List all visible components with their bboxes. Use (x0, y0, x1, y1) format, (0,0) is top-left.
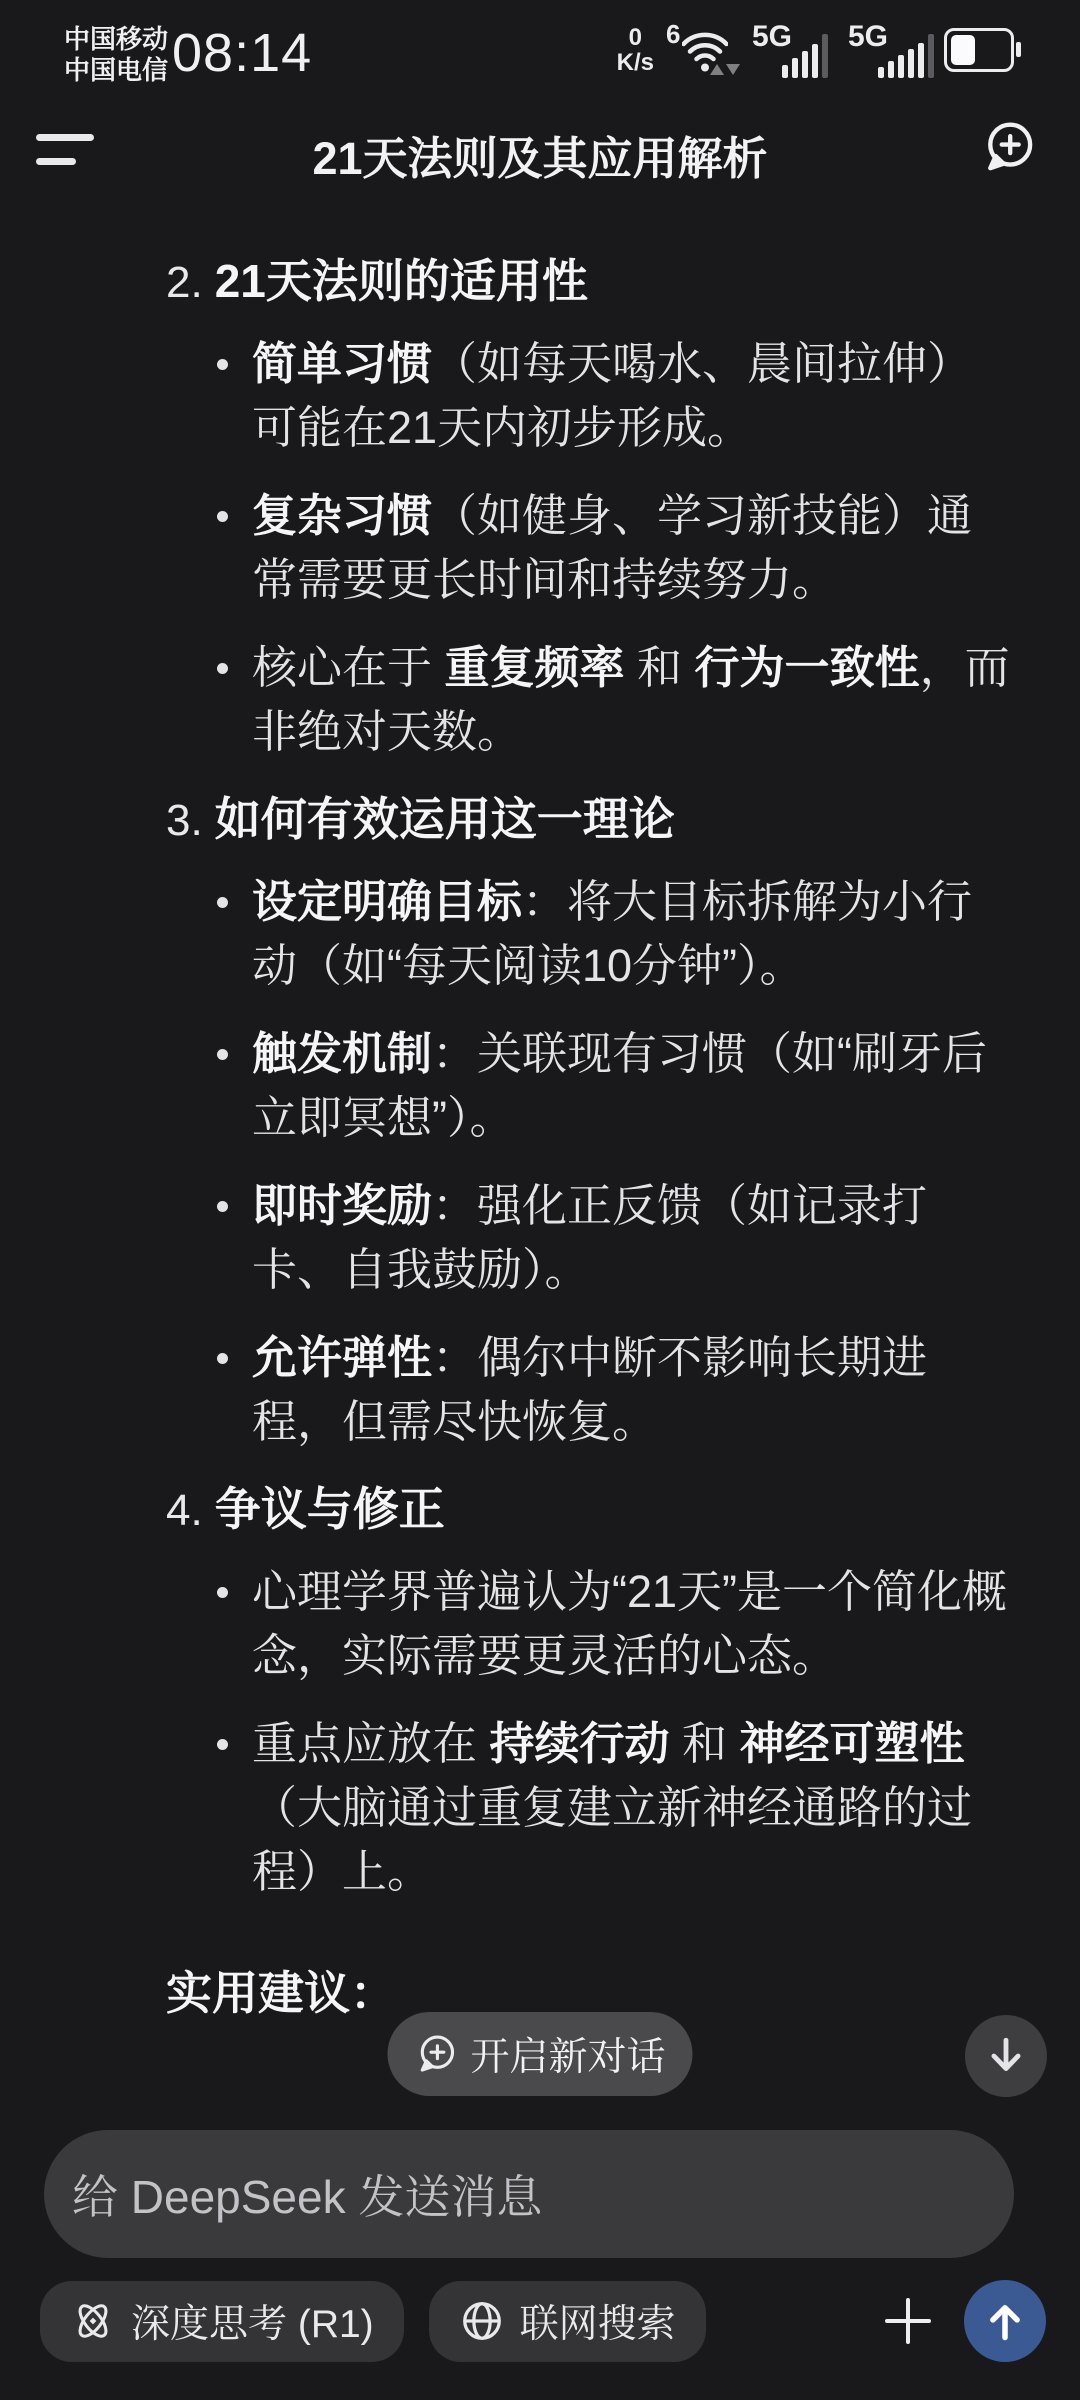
section-heading: 4.争议与修正 (166, 1478, 1020, 1542)
deepthink-label: 深度思考 (R1) (131, 2293, 374, 2349)
page-title: 21天法则及其应用解析 (0, 122, 1080, 187)
signal-bars-icon-2: 5G (848, 20, 928, 80)
message-input[interactable]: 给 DeepSeek 发送消息 (44, 2130, 1014, 2258)
atom-icon (70, 2298, 116, 2344)
plus-icon (881, 2294, 935, 2348)
start-new-chat-button[interactable]: 开启新对话 (387, 2012, 692, 2096)
wifi-generation-label: 6 (666, 19, 680, 50)
bullet-item: 简单习惯（如每天喝水、晨间拉伸）可能在21天内初步形成。 (205, 332, 1030, 460)
bullet-item: 核心在于 重复频率 和 行为一致性，而非绝对天数。 (205, 636, 1030, 764)
status-time: 08:14 (172, 22, 312, 84)
bullet-dot (205, 870, 252, 998)
carrier-line-1: 中国移动 (64, 24, 168, 55)
bullet-item: 心理学界普遍认为“21天”是一个简化概念，实际需要更灵活的心态。 (205, 1560, 1030, 1688)
chat-bubble-plus-icon (414, 2032, 458, 2076)
bullet-item: 允许弹性：偶尔中断不影响长期进程，但需尽快恢复。 (205, 1326, 1030, 1454)
bullet-item: 即时奖励：强化正反馈（如记录打卡、自我鼓励）。 (205, 1174, 1030, 1302)
status-indicators: 0 K/s 6 5G 5G (617, 16, 1014, 84)
menu-icon (36, 134, 106, 165)
network-speed: 0 K/s (617, 25, 654, 75)
bullet-dot (205, 1326, 252, 1454)
bullet-text: 核心在于 重复频率 和 行为一致性，而非绝对天数。 (252, 636, 1012, 764)
section-number: 2. (166, 258, 203, 307)
network-speed-value: 0 (629, 25, 642, 50)
bullet-text: 简单习惯（如每天喝水、晨间拉伸）可能在21天内初步形成。 (252, 332, 1012, 460)
menu-button[interactable] (36, 126, 106, 182)
section-title: 争议与修正 (215, 1483, 445, 1535)
start-new-chat-label: 开启新对话 (470, 2026, 665, 2082)
message-content: 2.21天法则的适用性简单习惯（如每天喝水、晨间拉伸）可能在21天内初步形成。复… (0, 248, 1080, 2024)
wifi-traffic-arrows (710, 64, 740, 75)
down-arrow-icon (985, 2035, 1027, 2077)
new-chat-button[interactable] (980, 118, 1040, 178)
section-heading: 2.21天法则的适用性 (166, 250, 1020, 314)
bullet-dot (205, 484, 252, 612)
bullet-dot (205, 636, 252, 764)
network-speed-unit: K/s (617, 50, 654, 75)
bullet-dot (205, 1560, 252, 1688)
battery-icon (944, 28, 1014, 72)
bullet-text: 复杂习惯（如健身、学习新技能）通常需要更长时间和持续努力。 (252, 484, 1012, 612)
message-sections: 2.21天法则的适用性简单习惯（如每天喝水、晨间拉伸）可能在21天内初步形成。复… (0, 250, 1080, 1904)
web-search-toggle-button[interactable]: 联网搜索 (429, 2281, 706, 2362)
wifi-icon: 6 (670, 21, 736, 79)
bullet-dot (205, 332, 252, 460)
bullet-text: 允许弹性：偶尔中断不影响长期进程，但需尽快恢复。 (252, 1326, 1012, 1454)
web-search-label: 联网搜索 (520, 2293, 676, 2349)
carrier-labels: 中国移动 中国电信 (64, 24, 168, 86)
signal-bars-icon-1: 5G (752, 20, 832, 80)
bullet-text: 重点应放在 持续行动 和 神经可塑性（大脑通过重复建立新神经通路的过程）上。 (252, 1712, 1012, 1904)
deepthink-toggle-button[interactable]: 深度思考 (R1) (40, 2281, 404, 2362)
app-header: 21天法则及其应用解析 (0, 118, 1080, 190)
up-arrow-icon (983, 2299, 1027, 2343)
composer-toolbar: 深度思考 (R1) 联网搜索 (40, 2279, 1046, 2363)
globe-icon (459, 2298, 505, 2344)
message-input-placeholder: 给 DeepSeek 发送消息 (72, 2161, 542, 2227)
bullet-item: 触发机制：关联现有习惯（如“刷牙后立即冥想”）。 (205, 1022, 1030, 1150)
bullet-text: 心理学界普遍认为“21天”是一个简化概念，实际需要更灵活的心态。 (252, 1560, 1012, 1688)
section-title: 21天法则的适用性 (215, 255, 588, 307)
bullet-text: 触发机制：关联现有习惯（如“刷牙后立即冥想”）。 (252, 1022, 1012, 1150)
scroll-to-bottom-button[interactable] (965, 2015, 1047, 2097)
bullet-dot (205, 1022, 252, 1150)
send-button[interactable] (964, 2280, 1046, 2362)
bullet-dot (205, 1174, 252, 1302)
status-bar: 中国移动 中国电信 08:14 0 K/s 6 5G (0, 0, 1080, 100)
section-number: 3. (166, 796, 203, 845)
section-title: 如何有效运用这一理论 (215, 793, 675, 845)
bullet-text: 即时奖励：强化正反馈（如记录打卡、自我鼓励）。 (252, 1174, 1012, 1302)
bullet-text: 设定明确目标：将大目标拆解为小行动（如“每天阅读10分钟”）。 (252, 870, 1012, 998)
chat-bubble-plus-icon (980, 118, 1040, 176)
bullet-item: 重点应放在 持续行动 和 神经可塑性（大脑通过重复建立新神经通路的过程）上。 (205, 1712, 1030, 1904)
bullet-item: 设定明确目标：将大目标拆解为小行动（如“每天阅读10分钟”）。 (205, 870, 1030, 998)
carrier-line-2: 中国电信 (64, 55, 168, 86)
bullet-item: 复杂习惯（如健身、学习新技能）通常需要更长时间和持续努力。 (205, 484, 1030, 612)
attach-button[interactable] (878, 2291, 938, 2351)
section-heading: 3.如何有效运用这一理论 (166, 788, 1020, 852)
section-number: 4. (166, 1486, 203, 1535)
bullet-dot (205, 1712, 252, 1904)
